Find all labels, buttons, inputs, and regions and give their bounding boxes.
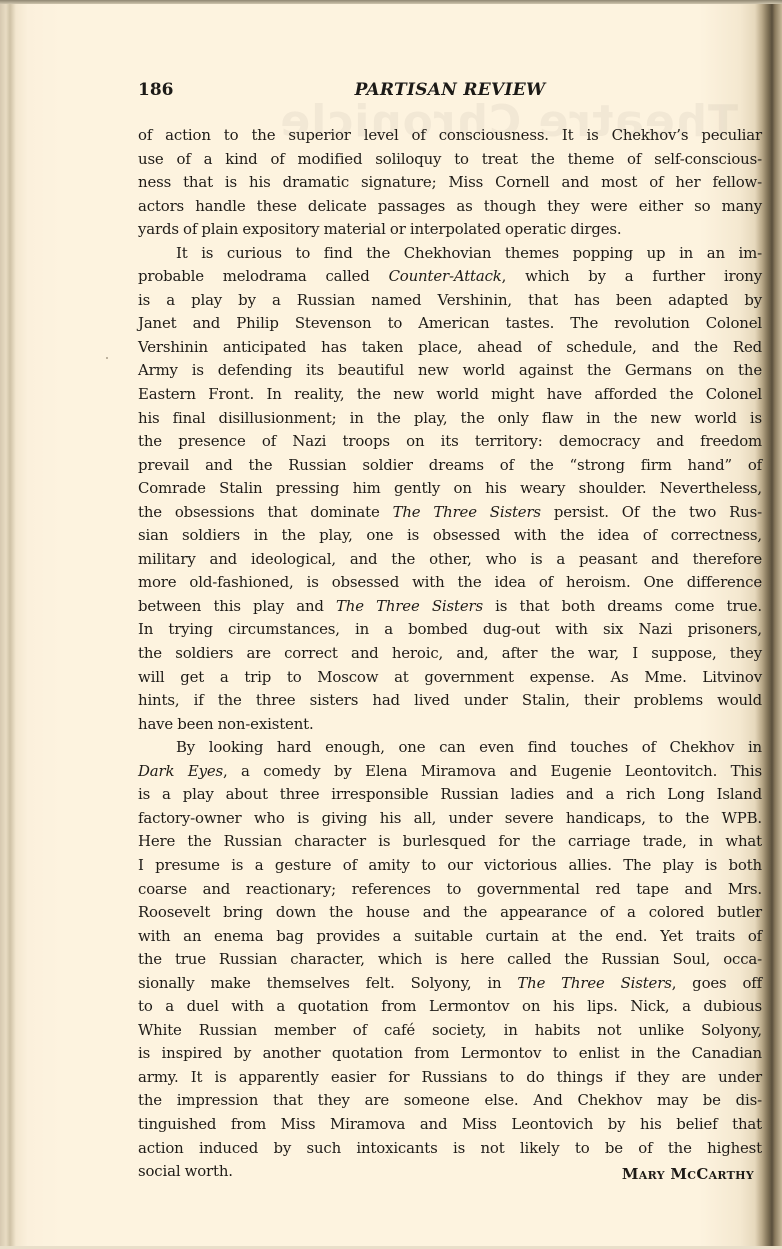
text-line: sian soldiers in the play, one is obsess… [138, 524, 762, 548]
text-run: Here the Russian character is burlesqued… [138, 832, 762, 850]
italic-title: Dark Eyes [138, 762, 223, 780]
text-line: Roosevelt bring down the house and the a… [138, 901, 762, 925]
text-line: In trying circumstances, in a bombed dug… [138, 618, 762, 642]
italic-title: The Three Sisters [336, 597, 483, 615]
text-run: hints, if the three sisters had lived un… [138, 691, 762, 709]
text-run: with an enema bag provides a suitable cu… [138, 927, 762, 945]
text-run: the presence of Nazi troops on its terri… [138, 432, 762, 450]
text-line: the obsessions that dominate The Three S… [138, 501, 762, 525]
text-run: of action to the superior level of consc… [138, 126, 762, 144]
text-run: actors handle these delicate passages as… [138, 197, 762, 215]
text-run: , a comedy by Elena Miramova and Eugenie… [223, 762, 762, 780]
text-line: is inspired by another quotation from Le… [138, 1042, 762, 1066]
text-run: probable melodrama called [138, 267, 389, 285]
text-line: of action to the superior level of consc… [138, 124, 762, 148]
text-line: is a play by a Russian named Vershinin, … [138, 289, 762, 313]
text-run: is a play about three irresponsible Russ… [138, 785, 762, 803]
italic-title: The Three Sisters [517, 974, 671, 992]
text-line: Eastern Front. In reality, the new world… [138, 383, 762, 407]
text-run: Roosevelt bring down the house and the a… [138, 903, 762, 921]
text-run: action induced by such intoxicants is no… [138, 1139, 762, 1157]
text-run: factory-owner who is giving his all, und… [138, 809, 762, 827]
text-line: It is curious to find the Chekhovian the… [138, 242, 762, 266]
text-line: action induced by such intoxicants is no… [138, 1137, 762, 1161]
text-line: have been non-existent. [138, 713, 762, 737]
italic-title: Counter-Attack [389, 267, 502, 285]
text-line: with an enema bag provides a suitable cu… [138, 925, 762, 949]
paragraph: It is curious to find the Chekhovian the… [138, 242, 762, 736]
text-run: tinguished from Miss Miramova and Miss L… [138, 1115, 762, 1133]
text-run: have been non-existent. [138, 715, 314, 733]
text-line: White Russian member of café society, in… [138, 1019, 762, 1043]
text-run: Eastern Front. In reality, the new world… [138, 385, 762, 403]
text-run: It is curious to find the Chekhovian the… [176, 244, 762, 262]
text-run: between this play and [138, 597, 336, 615]
running-head: 186 PARTISAN REVIEW [138, 80, 762, 106]
text-run: military and ideological, and the other,… [138, 550, 762, 568]
text-line: yards of plain expository material or in… [138, 218, 762, 242]
text-line: military and ideological, and the other,… [138, 548, 762, 572]
text-line: By looking hard enough, one can even fin… [138, 736, 762, 760]
text-run: the soldiers are correct and heroic, and… [138, 644, 762, 662]
paragraph: By looking hard enough, one can even fin… [138, 736, 762, 1183]
text-line: coarse and reactionary; references to go… [138, 878, 762, 902]
text-line: will get a trip to Moscow at government … [138, 666, 762, 690]
text-run: the true Russian character, which is her… [138, 950, 762, 968]
text-line: the soldiers are correct and heroic, and… [138, 642, 762, 666]
text-line: is a play about three irresponsible Russ… [138, 783, 762, 807]
article-body: of action to the superior level of consc… [138, 124, 762, 1184]
text-run: to a duel with a quotation from Lermonto… [138, 997, 762, 1015]
text-line: the presence of Nazi troops on its terri… [138, 430, 762, 454]
text-run: persist. Of the two Rus- [541, 503, 762, 521]
text-run: the obsessions that dominate [138, 503, 393, 521]
text-run: his final disillusionment; in the play, … [138, 409, 762, 427]
text-line: prevail and the Russian soldier dreams o… [138, 454, 762, 478]
text-run: yards of plain expository material or in… [138, 220, 621, 238]
text-run: , goes off [672, 974, 762, 992]
text-run: coarse and reactionary; references to go… [138, 880, 762, 898]
text-run: will get a trip to Moscow at government … [138, 668, 762, 686]
text-run: sionally make themselves felt. Solyony, … [138, 974, 517, 992]
text-run: sian soldiers in the play, one is obsess… [138, 526, 762, 544]
text-line: to a duel with a quotation from Lermonto… [138, 995, 762, 1019]
text-line: his final disillusionment; in the play, … [138, 407, 762, 431]
text-line: use of a kind of modified soliloquy to t… [138, 148, 762, 172]
text-line: factory-owner who is giving his all, und… [138, 807, 762, 831]
text-run: Vershinin anticipated has taken place, a… [138, 338, 762, 356]
text-line: between this play and The Three Sisters … [138, 595, 762, 619]
text-line: Janet and Philip Stevenson to American t… [138, 312, 762, 336]
text-line: tinguished from Miss Miramova and Miss L… [138, 1113, 762, 1137]
text-line: army. It is apparently easier for Russia… [138, 1066, 762, 1090]
text-run: Comrade Stalin pressing him gently on hi… [138, 479, 762, 497]
text-line: more old-fashioned, is obsessed with the… [138, 571, 762, 595]
paper-speck [106, 357, 108, 359]
paragraph: of action to the superior level of consc… [138, 124, 762, 242]
text-line: Here the Russian character is burlesqued… [138, 830, 762, 854]
text-run: use of a kind of modified soliloquy to t… [138, 150, 762, 168]
text-run: is inspired by another quotation from Le… [138, 1044, 762, 1062]
text-run: In trying circumstances, in a bombed dug… [138, 620, 762, 638]
text-line: actors handle these delicate passages as… [138, 195, 762, 219]
text-line: probable melodrama called Counter-Attack… [138, 265, 762, 289]
text-run: By looking hard enough, one can even fin… [176, 738, 762, 756]
author-signature: Mary McCarthy [138, 1165, 754, 1183]
text-line: Army is defending its beautiful new worl… [138, 359, 762, 383]
text-line: the true Russian character, which is her… [138, 948, 762, 972]
text-run: , which by a further irony [502, 267, 762, 285]
text-run: prevail and the Russian soldier dreams o… [138, 456, 762, 474]
text-run: White Russian member of café society, in… [138, 1021, 762, 1039]
text-run: ness that is his dramatic signature; Mis… [138, 173, 762, 191]
text-line: Dark Eyes, a comedy by Elena Miramova an… [138, 760, 762, 784]
text-run: Army is defending its beautiful new worl… [138, 361, 762, 379]
text-line: hints, if the three sisters had lived un… [138, 689, 762, 713]
text-run: more old-fashioned, is obsessed with the… [138, 573, 762, 591]
text-line: sionally make themselves felt. Solyony, … [138, 972, 762, 996]
text-line: Comrade Stalin pressing him gently on hi… [138, 477, 762, 501]
italic-title: The Three Sisters [393, 503, 541, 521]
text-run: Janet and Philip Stevenson to American t… [138, 314, 762, 332]
text-run: is that both dreams come true. [483, 597, 762, 615]
text-line: the impression that they are someone els… [138, 1089, 762, 1113]
text-run: is a play by a Russian named Vershinin, … [138, 291, 762, 309]
text-line: Vershinin anticipated has taken place, a… [138, 336, 762, 360]
text-run: the impression that they are someone els… [138, 1091, 762, 1109]
text-run: I presume is a gesture of amity to our v… [138, 856, 762, 874]
text-line: ness that is his dramatic signature; Mis… [138, 171, 762, 195]
journal-title: PARTISAN REVIEW [138, 80, 762, 100]
text-run: army. It is apparently easier for Russia… [138, 1068, 762, 1086]
text-line: I presume is a gesture of amity to our v… [138, 854, 762, 878]
book-page: Theatre Chronicle 186 PARTISAN REVIEW of… [0, 0, 782, 1249]
